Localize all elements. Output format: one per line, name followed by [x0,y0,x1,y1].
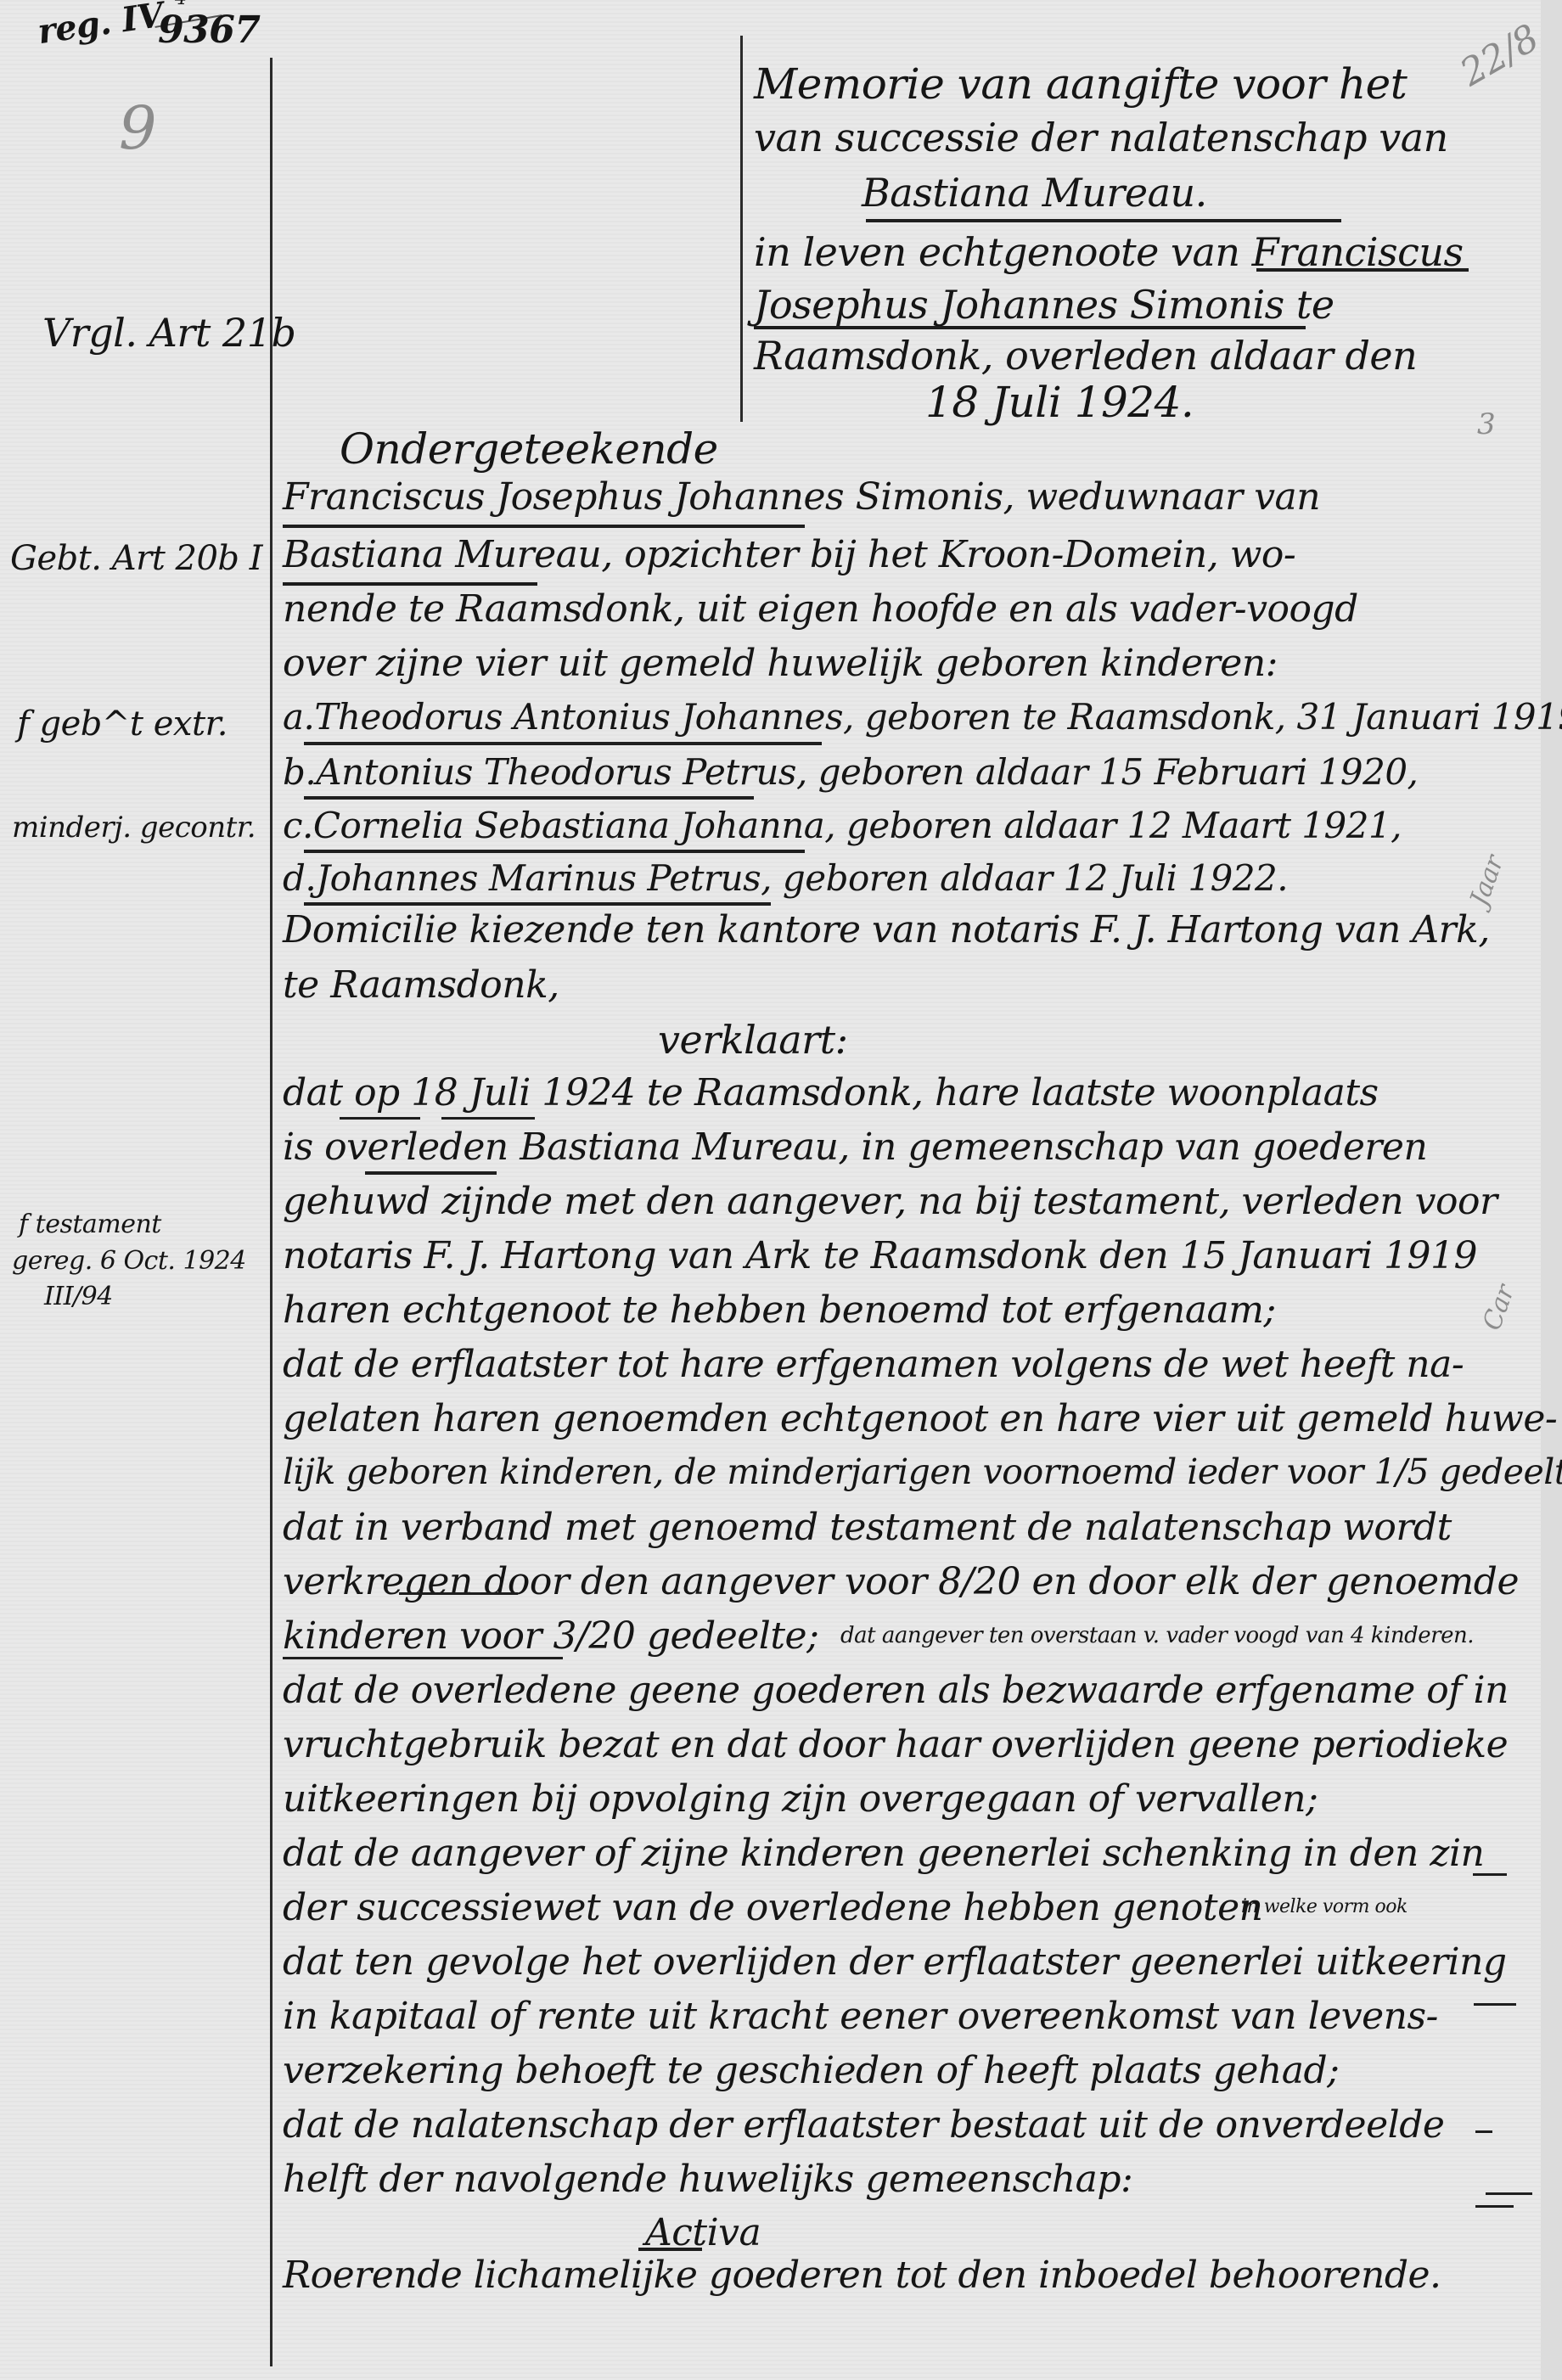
decl-line-12: dat de overledene geene goederen als bez… [283,1669,1509,1712]
margin-rule [270,58,273,2366]
child-d: d.Johannes Marinus Petrus, geboren aldaa… [283,857,1288,899]
declarant-line-2: Bastiana Mureau, opzichter bij het Kroon… [283,533,1295,576]
domicile-line-2: te Raamsdonk, [283,963,559,1007]
child-b: b.Antonius Theodorus Petrus, geboren ald… [283,751,1418,793]
dash-mark [1474,2003,1516,2006]
header-line-7-date: 18 Juli 1924. [925,378,1194,427]
raamsdonk-underline [441,1117,535,1120]
child-d-underline [304,902,771,906]
register-number: 9367 [158,8,260,52]
pencil-right-mid: 3 [1477,407,1495,441]
child-a-underline [304,742,822,745]
decl-line-13: vruchtgebruik bezat en dat door haar ove… [283,1723,1508,1766]
decl-line-9: dat in verband met genoemd testament de … [283,1506,1452,1549]
decl-line-10: verkregen door den aangever voor 8/20 en… [283,1560,1519,1603]
declarant-line-1: Franciscus Josephus Johannes Simonis, we… [283,475,1320,519]
child-letter: c. [283,805,313,846]
header-line-2: van successie der nalatenschap van [754,115,1448,160]
intro-ondergeteekende: Ondergeteekende [340,424,718,474]
dash-mark [1486,2192,1532,2195]
inserted-note: dat aangever ten overstaan v. vader voog… [840,1623,1474,1648]
declarant-underline [283,525,805,528]
declarant-line-3: nende te Raamsdonk, uit eigen hoofde en … [283,587,1358,631]
decl-line-16: der successiewet van de overledene hebbe… [283,1886,1262,1929]
decl-line-3: gehuwd zijnde met den aangever, na bij t… [283,1180,1497,1223]
child-name: Antonius Theodorus Petrus [316,751,796,793]
decl-line-21: helft der navolgende huwelijks gemeensch… [283,2158,1132,2201]
margin-note-testament-3: III/94 [44,1282,113,1311]
child-b-underline [304,796,754,800]
kinderen-underline [283,1657,563,1659]
decl-line-18: in kapitaal of rente uit kracht eener ov… [283,1995,1438,2038]
husband-name-underline [754,326,1306,329]
franciscus-underline [1256,268,1469,272]
decl-line-17: dat ten gevolge het overlijden der erfla… [283,1940,1507,1984]
margin-note-testament-1: f testament [19,1210,161,1239]
activa-first-line: Roerende lichamelijke goederen tot den i… [283,2254,1441,2297]
pencil-right-car: Car [1477,1282,1520,1334]
child-birth: , geboren aldaar 12 Maart 1921, [824,805,1402,846]
dash-mark [1475,2130,1492,2133]
child-birth: , geboren aldaar 15 Februari 1920, [796,751,1418,793]
margin-note-testament-2: gereg. 6 Oct. 1924 [12,1246,246,1276]
register-ref: reg. IV [35,0,166,52]
decl-line-11: kinderen voor 3/20 gedeelte; [283,1614,818,1658]
deceased-underline [866,219,1341,222]
decl-line-20: dat de nalatenschap der erflaatster best… [283,2103,1444,2147]
decl-line-8: lijk geboren kinderen, de minderjarigen … [283,1451,1562,1492]
child-name: Johannes Marinus Petrus [316,857,761,899]
document-page: reg. IV 4 9367 9 22/8 3 Jaar Car Memorie… [0,0,1541,2380]
bastiana-underline-2 [283,582,537,586]
decl-line-14: uitkeeringen bij opvolging zijn overgega… [283,1777,1318,1821]
header-line-3-deceased: Bastiana Mureau. [862,170,1207,216]
child-letter: b. [283,751,316,793]
verklaart-heading: verklaart: [658,1017,848,1063]
date-underline [340,1117,420,1120]
aangever-underline [399,1592,518,1595]
decl-line-6: dat de erflaatster tot hare erfgenamen v… [283,1343,1464,1386]
margin-note-vrgl: Vrgl. Art 21b [42,310,295,356]
header-line-6: Raamsdonk, overleden aldaar den [754,333,1417,379]
child-c-underline [304,850,805,853]
child-birth: , geboren te Raamsdonk, 31 Januari 1919, [843,696,1562,738]
decl-line-1: dat op 18 Juli 1924 te Raamsdonk, hare l… [283,1071,1379,1114]
domicile-line-1: Domicilie kiezende ten kantore van notar… [283,908,1490,951]
child-birth: , geboren aldaar 12 Juli 1922. [761,857,1288,899]
decl-line-4: notaris F. J. Hartong van Ark te Raamsdo… [283,1234,1477,1277]
decl-line-19: verzekering behoeft te geschieden of hee… [283,2049,1339,2092]
pencil-right-jaar: Jaar [1464,851,1509,909]
dash-mark [1475,2205,1514,2208]
margin-note-gebt: Gebt. Art 20b I [10,539,262,578]
declarant-line-4: over zijne vier uit gemeld huwelijk gebo… [283,642,1278,685]
decl-line-7: gelaten haren genoemden echtgenoot en ha… [283,1397,1557,1440]
decl-line-2: is overleden Bastiana Mureau, in gemeens… [283,1125,1427,1169]
bastiana-underline-3 [365,1171,497,1175]
activa-underline [638,2248,702,2251]
child-a: a.Theodorus Antonius Johannes, geboren t… [283,696,1562,738]
pencil-corner-note: 22/8 [1453,16,1546,95]
child-name: Cornelia Sebastiana Johanna [313,805,824,846]
decl-line-5: haren echtgenoot te hebben benoemd tot e… [283,1288,1276,1332]
decl-line-15: dat de aangever of zijne kinderen geener… [283,1832,1484,1875]
child-c: c.Cornelia Sebastiana Johanna, geboren a… [283,805,1402,846]
inserted-note-2: in welke vorm ook [1241,1896,1407,1917]
margin-note-minderj: minderj. gecontr. [12,811,256,845]
dash-mark [1473,1873,1507,1876]
pencil-number-left: 9 [119,93,156,163]
child-letter: d. [283,857,316,899]
header-rule [740,36,743,422]
header-line-1: Memorie van aangifte voor het [754,59,1407,109]
child-name: Theodorus Antonius Johannes [314,696,843,738]
child-letter: a. [283,696,314,738]
margin-note-gebt-extr: f geb^t extr. [17,704,228,744]
header-line-5: Josephus Johannes Simonis te [754,282,1334,328]
